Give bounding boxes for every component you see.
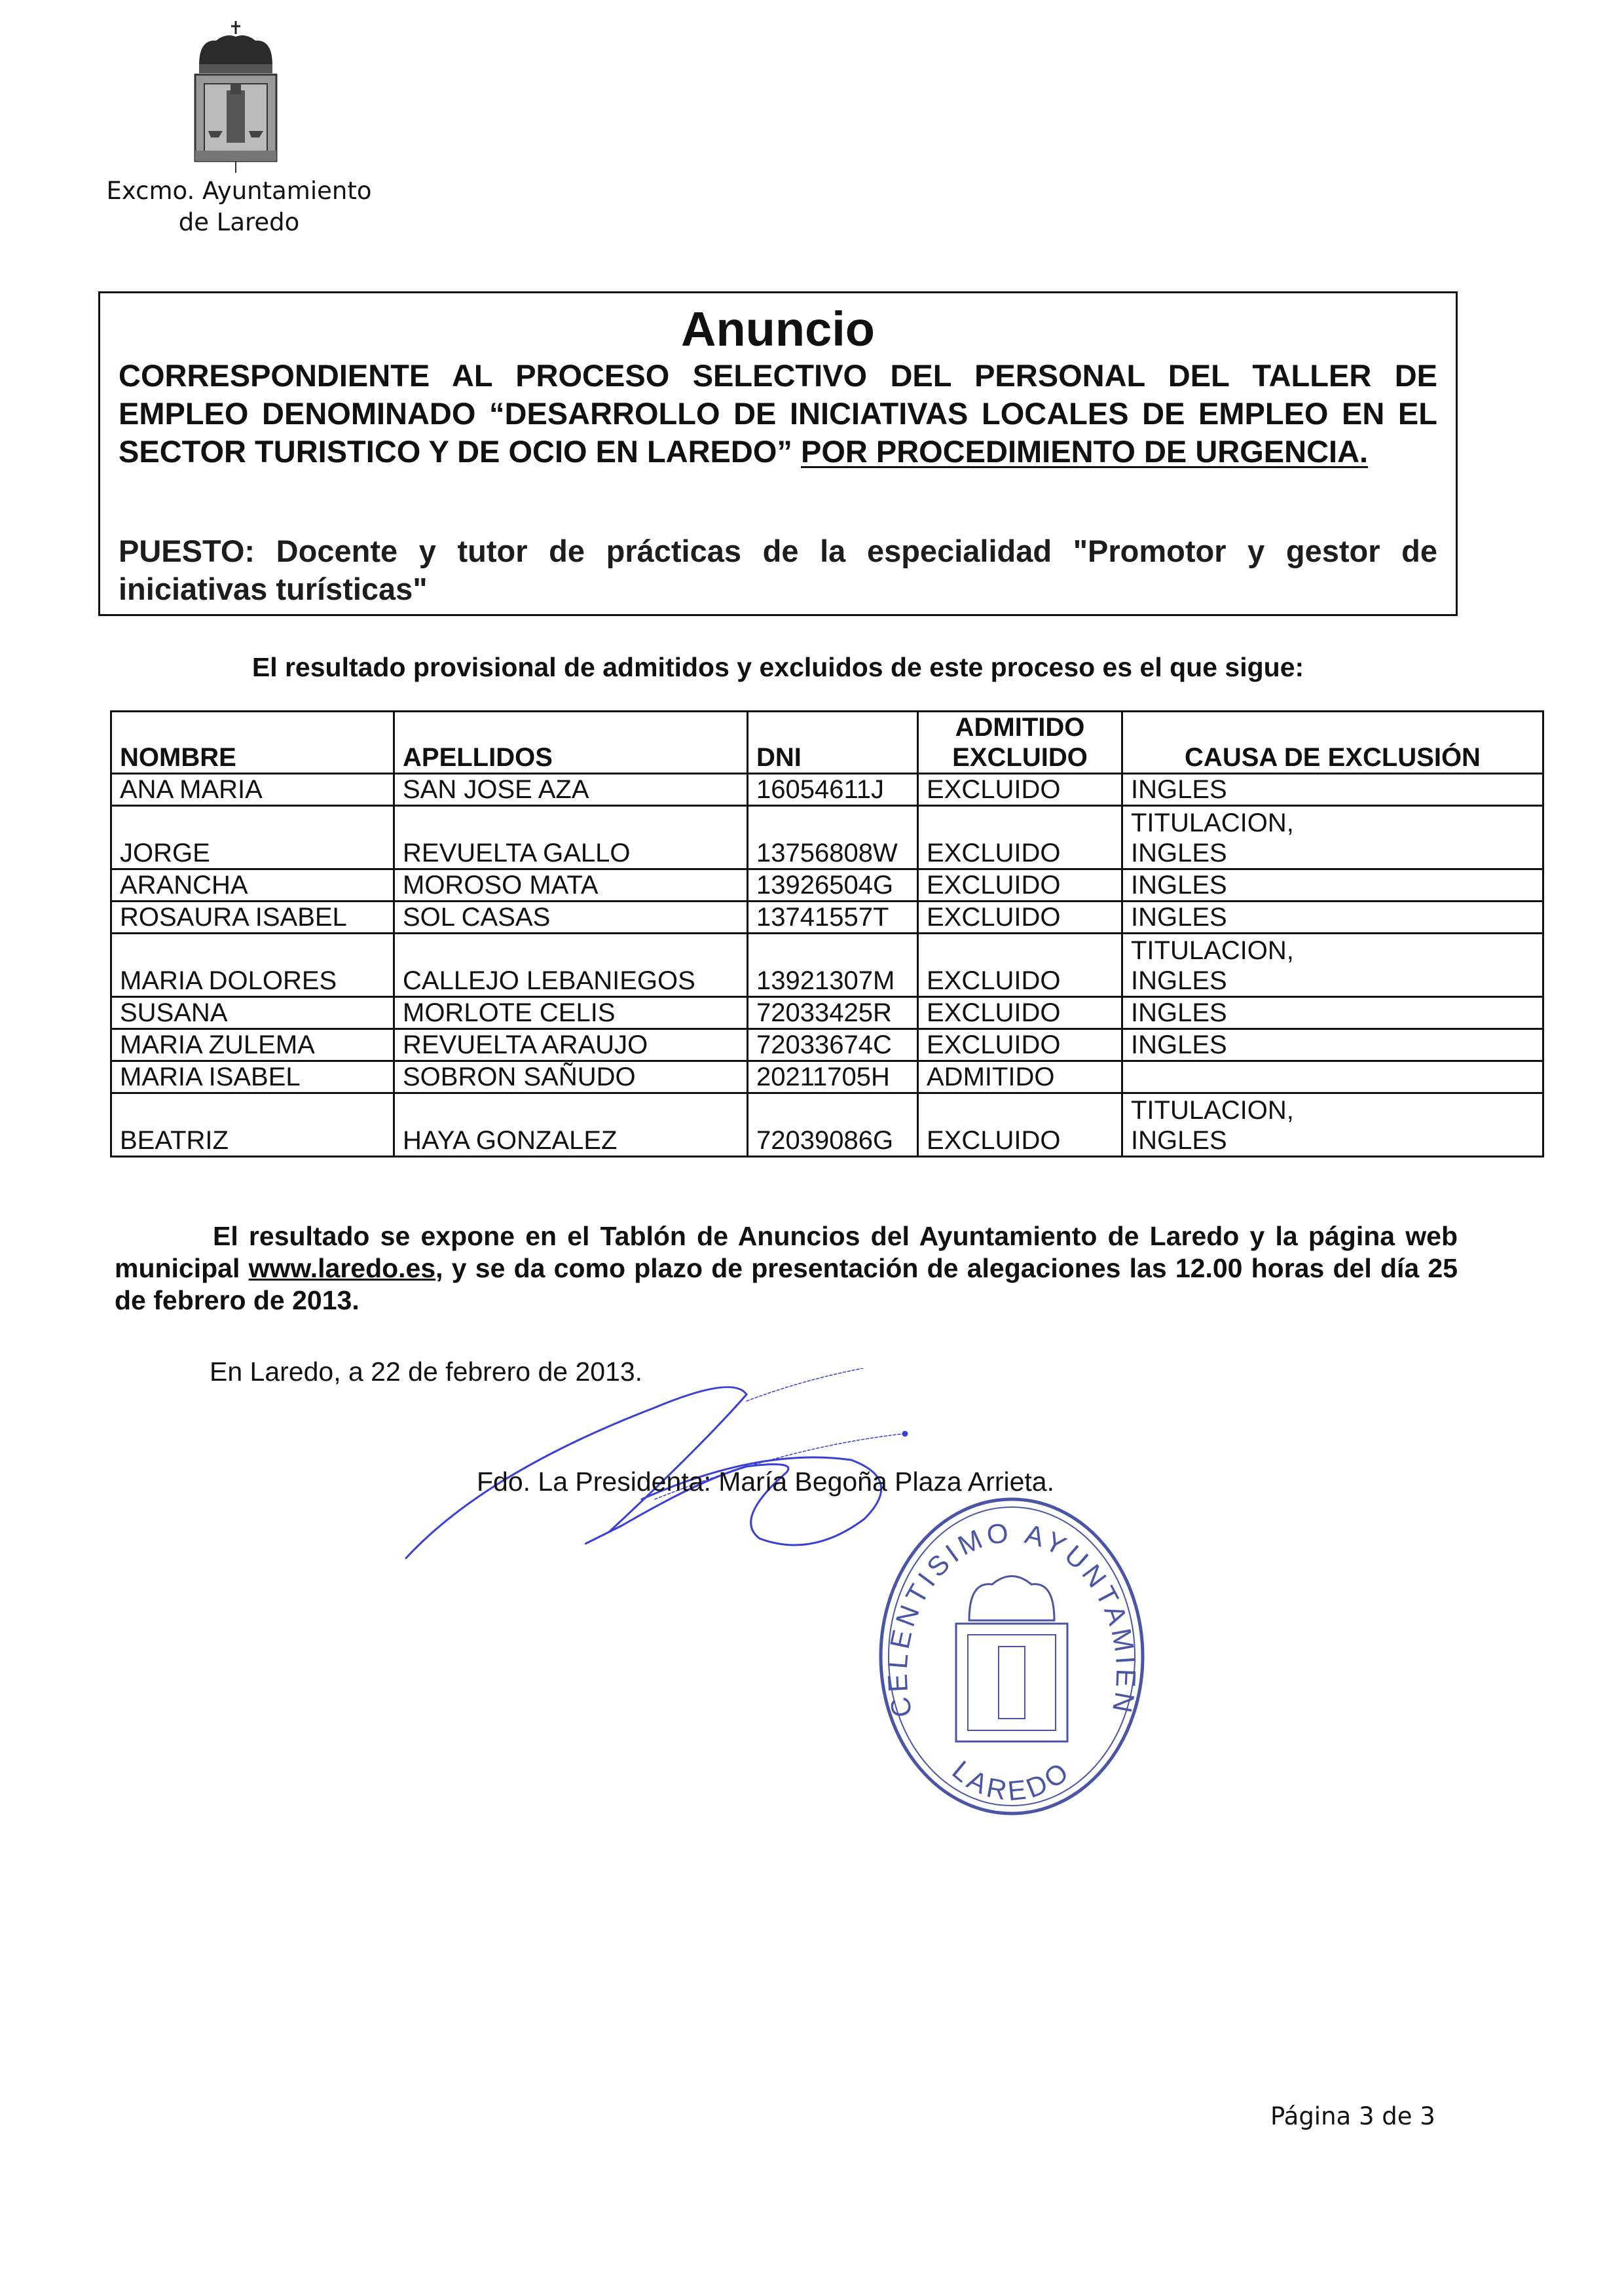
cell-estado: ADMITIDO: [918, 1061, 1122, 1093]
table-row: MARIA ZULEMA REVUELTA ARAUJO 72033674C E…: [111, 1029, 1543, 1061]
cell-dni: 72039086G: [748, 1093, 918, 1157]
cell-nombre: MARIA ISABEL: [111, 1061, 394, 1093]
cell-estado: EXCLUIDO: [918, 774, 1122, 806]
cell-dni: 13741557T: [748, 902, 918, 934]
table-row: MARIA DOLORES CALLEJO LEBANIEGOS 1392130…: [111, 934, 1543, 997]
cell-causa: [1122, 1061, 1543, 1093]
municipality-line-1: Excmo. Ayuntamiento: [98, 175, 380, 207]
cell-estado: EXCLUIDO: [918, 902, 1122, 934]
cell-causa: INGLES: [1122, 869, 1543, 902]
coat-of-arms-icon: [190, 20, 282, 177]
cell-dni: 20211705H: [748, 1061, 918, 1093]
header-estado-line-2: EXCLUIDO: [927, 742, 1113, 773]
cell-estado: EXCLUIDO: [918, 1029, 1122, 1061]
website-link[interactable]: www.laredo.es: [249, 1253, 436, 1283]
header-estado: ADMITIDO EXCLUIDO: [918, 712, 1122, 774]
cell-apellidos: MORLOTE CELIS: [394, 997, 748, 1029]
table-row: ROSAURA ISABEL SOL CASAS 13741557T EXCLU…: [111, 902, 1543, 934]
cell-nombre: BEATRIZ: [111, 1093, 394, 1157]
cell-apellidos: HAYA GONZALEZ: [394, 1093, 748, 1157]
table-header-row: NOMBRE APELLIDOS DNI ADMITIDO EXCLUIDO C…: [111, 712, 1543, 774]
cell-estado: EXCLUIDO: [918, 934, 1122, 997]
cell-dni: 72033674C: [748, 1029, 918, 1061]
official-stamp-icon: EXCELENTISIMO AYUNTAMIENTO - LAREDO -: [871, 1489, 1153, 1817]
cell-apellidos: MOROSO MATA: [394, 869, 748, 902]
table-row: ARANCHA MOROSO MATA 13926504G EXCLUIDO I…: [111, 869, 1543, 902]
announcement-subject: CORRESPONDIENTE AL PROCESO SELECTIVO DEL…: [119, 357, 1437, 471]
cell-causa: TITULACION,INGLES: [1122, 934, 1543, 997]
cell-dni: 13926504G: [748, 869, 918, 902]
cell-apellidos: CALLEJO LEBANIEGOS: [394, 934, 748, 997]
table-row: BEATRIZ HAYA GONZALEZ 72039086G EXCLUIDO…: [111, 1093, 1543, 1157]
page-number: Página 3 de 3: [1270, 2102, 1435, 2132]
cell-nombre: JORGE: [111, 806, 394, 869]
table-row: ANA MARIA SAN JOSE AZA 16054611J EXCLUID…: [111, 774, 1543, 806]
cell-dni: 16054611J: [748, 774, 918, 806]
header-estado-line-1: ADMITIDO: [927, 712, 1113, 742]
table-row: SUSANA MORLOTE CELIS 72033425R EXCLUIDO …: [111, 997, 1543, 1029]
cell-causa: TITULACION,INGLES: [1122, 1093, 1543, 1157]
header-nombre: NOMBRE: [111, 712, 394, 774]
cell-apellidos: SOL CASAS: [394, 902, 748, 934]
cell-nombre: MARIA DOLORES: [111, 934, 394, 997]
municipality-line-2: de Laredo: [98, 207, 380, 238]
subject-underlined-text: POR PROCEDIMIENTO DE URGENCIA.: [801, 434, 1368, 469]
municipality-name: Excmo. Ayuntamiento de Laredo: [98, 175, 380, 238]
cell-dni: 72033425R: [748, 997, 918, 1029]
cell-nombre: ROSAURA ISABEL: [111, 902, 394, 934]
cell-causa: INGLES: [1122, 997, 1543, 1029]
table-row: JORGE REVUELTA GALLO 13756808W EXCLUIDO …: [111, 806, 1543, 869]
results-table: NOMBRE APELLIDOS DNI ADMITIDO EXCLUIDO C…: [110, 710, 1544, 1157]
cell-causa: INGLES: [1122, 902, 1543, 934]
cell-dni: 13921307M: [748, 934, 918, 997]
svg-text:EXCELENTISIMO AYUNTAMIENTO: EXCELENTISIMO AYUNTAMIENTO: [871, 1489, 1141, 1720]
announcement-title: Anuncio: [100, 300, 1456, 359]
table-row: MARIA ISABEL SOBRON SAÑUDO 20211705H ADM…: [111, 1061, 1543, 1093]
cell-causa: INGLES: [1122, 774, 1543, 806]
cell-causa: INGLES: [1122, 1029, 1543, 1061]
announcement-box: Anuncio CORRESPONDIENTE AL PROCESO SELEC…: [98, 291, 1458, 616]
cell-estado: EXCLUIDO: [918, 869, 1122, 902]
cell-apellidos: REVUELTA GALLO: [394, 806, 748, 869]
cell-nombre: SUSANA: [111, 997, 394, 1029]
closing-paragraph: El resultado se expone en el Tablón de A…: [115, 1220, 1458, 1317]
header-apellidos: APELLIDOS: [394, 712, 748, 774]
cell-apellidos: SOBRON SAÑUDO: [394, 1061, 748, 1093]
cell-nombre: ANA MARIA: [111, 774, 394, 806]
cell-estado: EXCLUIDO: [918, 997, 1122, 1029]
cell-apellidos: REVUELTA ARAUJO: [394, 1029, 748, 1061]
intro-text: El resultado provisional de admitidos y …: [98, 651, 1458, 683]
cell-causa: TITULACION,INGLES: [1122, 806, 1543, 869]
cell-apellidos: SAN JOSE AZA: [394, 774, 748, 806]
cell-dni: 13756808W: [748, 806, 918, 869]
cell-estado: EXCLUIDO: [918, 806, 1122, 869]
header-causa: CAUSA DE EXCLUSIÓN: [1122, 712, 1543, 774]
cell-estado: EXCLUIDO: [918, 1093, 1122, 1157]
seal-top-text: EXCELENTISIMO AYUNTAMIENTO: [871, 1489, 1141, 1720]
cell-nombre: ARANCHA: [111, 869, 394, 902]
cell-nombre: MARIA ZULEMA: [111, 1029, 394, 1061]
position-description: PUESTO: Docente y tutor de prácticas de …: [119, 532, 1437, 608]
header-dni: DNI: [748, 712, 918, 774]
